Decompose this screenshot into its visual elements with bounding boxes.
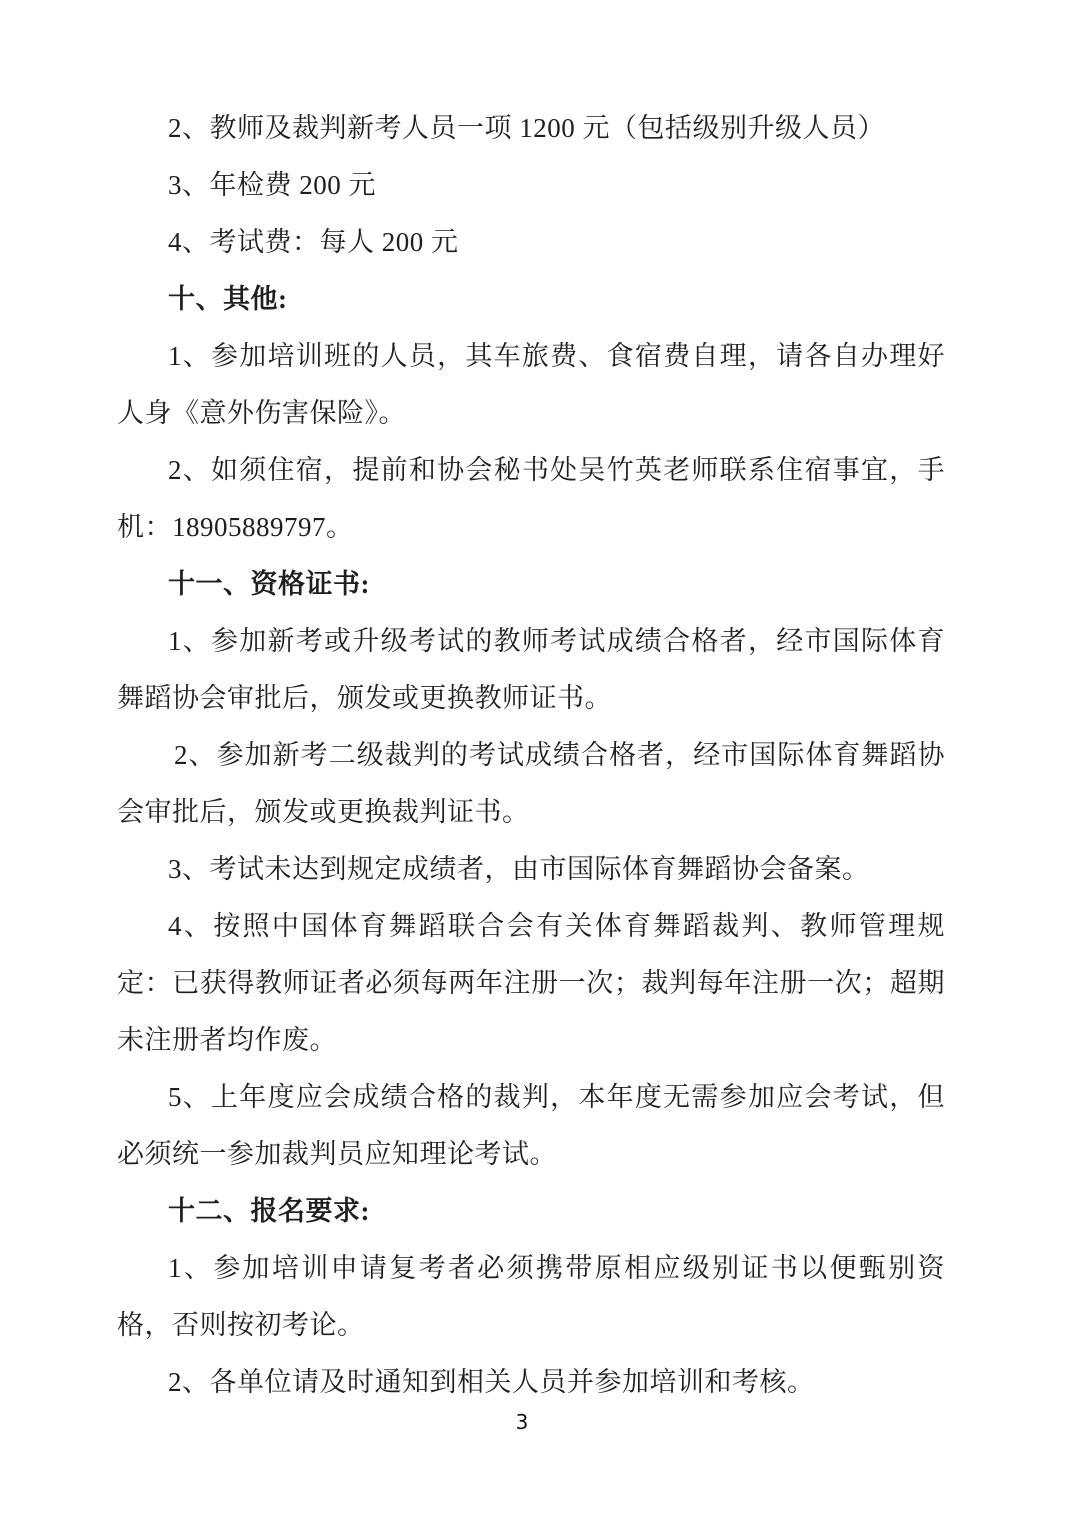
page-number: 3 [117,1408,927,1436]
section-10-item-2: 2、如须住宿，提前和协会秘书处吴竹英老师联系住宿事宜，手机：1890588979… [117,442,945,556]
section-heading-10-others: 十、其他: [117,271,945,328]
document-page: 2、教师及裁判新考人员一项 1200 元（包括级别升级人员） 3、年检费 200… [117,100,945,1411]
section-11-item-5: 5、上年度应会成绩合格的裁判，本年度无需参加应会考试，但必须统一参加裁判员应知理… [117,1069,945,1183]
section-12-item-2: 2、各单位请及时通知到相关人员并参加培训和考核。 [117,1354,945,1411]
section-11-item-2: 2、参加新考二级裁判的考试成绩合格者，经市国际体育舞蹈协会审批后，颁发或更换裁判… [117,727,945,841]
section-11-item-3: 3、考试未达到规定成绩者，由市国际体育舞蹈协会备案。 [117,841,945,898]
fee-item-annual-inspection: 3、年检费 200 元 [117,157,945,214]
section-11-item-1: 1、参加新考或升级考试的教师考试成绩合格者，经市国际体育舞蹈协会审批后，颁发或更… [117,613,945,727]
section-11-item-4: 4、按照中国体育舞蹈联合会有关体育舞蹈裁判、教师管理规定：已获得教师证者必须每两… [117,898,945,1069]
fee-item-exam-fee: 4、考试费：每人 200 元 [117,214,945,271]
section-10-item-1: 1、参加培训班的人员，其车旅费、食宿费自理，请各自办理好人身《意外伤害保险》。 [117,328,945,442]
fee-item-teacher-judge-new-exam: 2、教师及裁判新考人员一项 1200 元（包括级别升级人员） [117,100,945,157]
section-heading-12-registration: 十二、报名要求: [117,1183,945,1240]
section-12-item-1: 1、参加培训申请复考者必须携带原相应级别证书以便甄别资格，否则按初考论。 [117,1240,945,1354]
section-heading-11-certificates: 十一、资格证书: [117,556,945,613]
